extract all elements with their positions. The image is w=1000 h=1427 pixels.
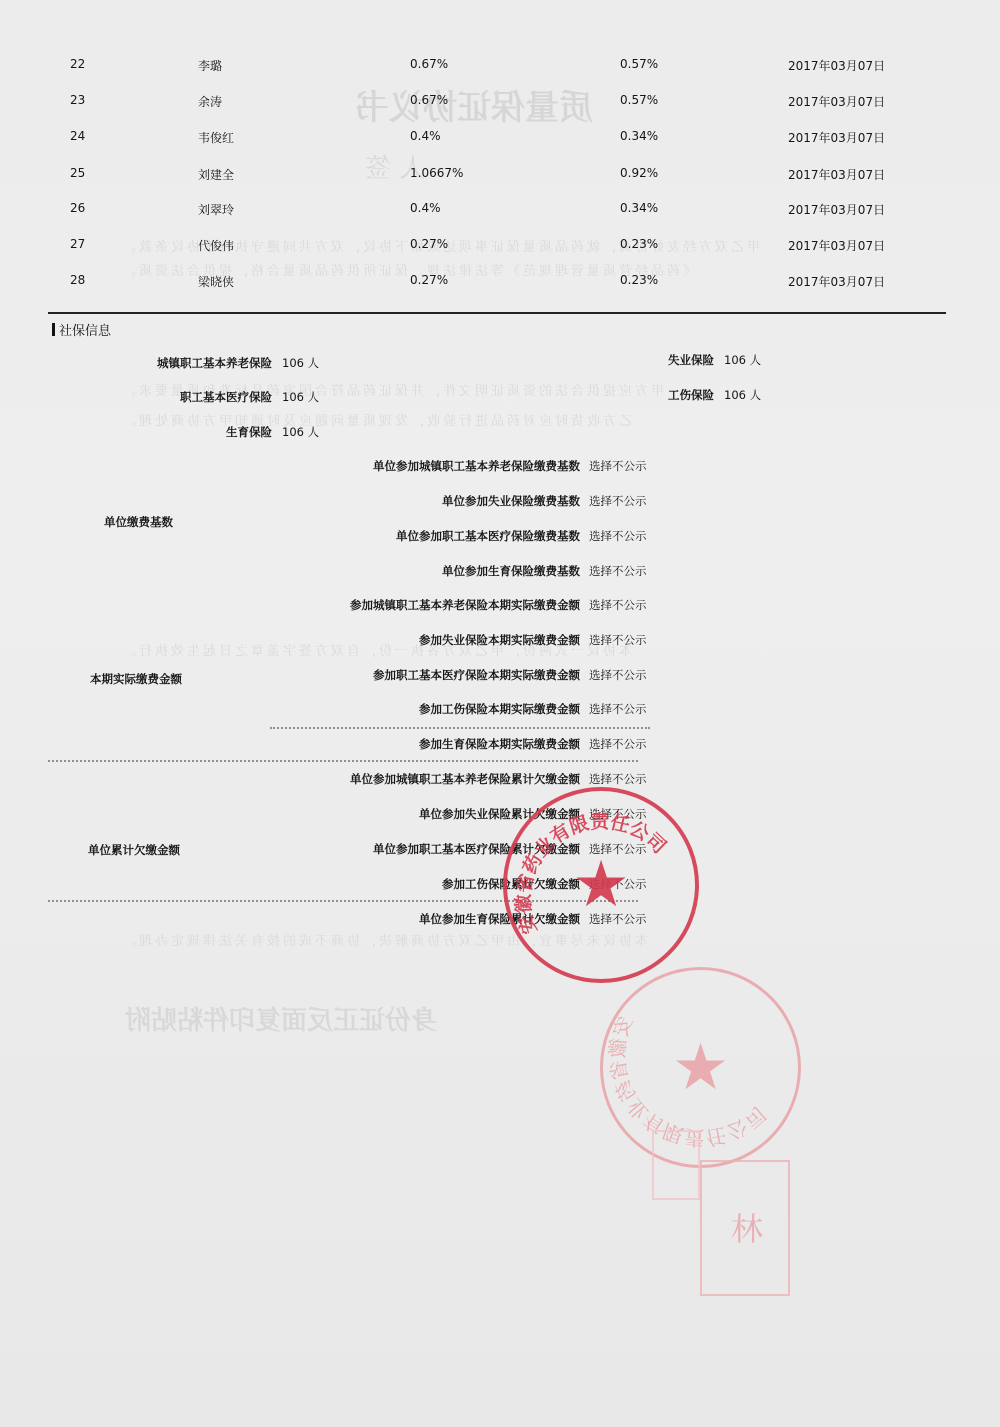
row-number: 24 — [70, 129, 85, 143]
table-row: 25刘建全1.0667%0.92%2017年03月07日 — [0, 166, 1000, 186]
item-label: 参加生育保险本期实际缴费金额 — [419, 736, 580, 752]
ratio-b: 0.92% — [620, 166, 658, 180]
ratio-b: 0.57% — [620, 57, 658, 71]
date: 2017年03月07日 — [788, 237, 885, 254]
medical-headcount-value: 106 人 — [282, 389, 319, 405]
ratio-a: 0.4% — [410, 201, 441, 215]
ratio-b: 0.34% — [620, 129, 658, 143]
ratio-b: 0.34% — [620, 201, 658, 215]
shareholder-name: 余涛 — [198, 93, 222, 110]
item-label: 参加工伤保险本期实际缴费金额 — [419, 701, 580, 717]
ratio-a: 0.27% — [410, 273, 448, 287]
row-number: 25 — [70, 166, 85, 180]
row-number: 23 — [70, 93, 85, 107]
square-seal-outline — [652, 1130, 700, 1200]
ratio-b: 0.23% — [620, 237, 658, 251]
item-label: 参加失业保险本期实际缴费金额 — [419, 632, 580, 648]
show-through-line: 身份证正反面复印件粘贴附 — [125, 1000, 437, 1037]
ratio-b: 0.57% — [620, 93, 658, 107]
maternity-headcount-label: 生育保险 — [226, 424, 272, 440]
ratio-b: 0.23% — [620, 273, 658, 287]
ratio-a: 0.27% — [410, 237, 448, 251]
seal-star-icon: ★ — [672, 1036, 729, 1100]
item-value: 选择不公示 — [589, 771, 647, 787]
group-title: 单位缴费基数 — [104, 514, 173, 530]
section-title: 社保信息 — [52, 320, 111, 339]
table-row: 24韦俊红0.4%0.34%2017年03月07日 — [0, 129, 1000, 149]
document-page: 质量保证协议书 人 签 身份证正反面复印件粘贴附 甲乙双方经友好协商，就药品质量… — [0, 0, 1000, 1427]
item-value: 选择不公示 — [589, 701, 647, 717]
seal-star-icon: ★ — [572, 853, 629, 917]
row-number: 22 — [70, 57, 85, 71]
ratio-a: 0.67% — [410, 57, 448, 71]
table-row: 22李璐0.67%0.57%2017年03月07日 — [0, 57, 1000, 77]
unemployment-headcount-value: 106 人 — [724, 352, 761, 368]
personal-seal: 林 — [700, 1160, 790, 1296]
medical-headcount-label: 职工基本医疗保险 — [180, 389, 272, 405]
date: 2017年03月07日 — [788, 273, 885, 290]
table-row: 28梁晓侠0.27%0.23%2017年03月07日 — [0, 273, 1000, 293]
injury-headcount-label: 工伤保险 — [668, 387, 714, 403]
item-value: 选择不公示 — [589, 563, 647, 579]
item-value: 选择不公示 — [589, 736, 647, 752]
shareholder-name: 梁晓侠 — [198, 273, 234, 290]
scan-artifact-line — [48, 760, 638, 762]
pension-headcount-value: 106 人 — [282, 355, 319, 371]
section-marker — [52, 323, 55, 336]
personal-seal-text: 林 — [722, 1212, 768, 1244]
date: 2017年03月07日 — [788, 166, 885, 183]
shareholder-name: 刘翠玲 — [198, 201, 234, 218]
item-label: 单位参加城镇职工基本养老保险缴费基数 — [373, 458, 580, 474]
item-value: 选择不公示 — [589, 493, 647, 509]
shareholder-name: 刘建全 — [198, 166, 234, 183]
company-seal-faint: 安徽省药业有限责任公司 ★ — [600, 967, 801, 1168]
scan-artifact-line — [270, 727, 650, 729]
item-label: 参加城镇职工基本养老保险本期实际缴费金额 — [350, 597, 580, 613]
pension-headcount-label: 城镇职工基本养老保险 — [157, 355, 272, 371]
ratio-a: 0.4% — [410, 129, 441, 143]
injury-headcount-value: 106 人 — [724, 387, 761, 403]
item-label: 单位参加失业保险缴费基数 — [442, 493, 580, 509]
company-seal: 安徽省药业有限责任公司 ★ — [503, 787, 699, 983]
unemployment-headcount-label: 失业保险 — [668, 352, 714, 368]
section-title-text: 社保信息 — [59, 320, 111, 339]
item-label: 参加职工基本医疗保险本期实际缴费金额 — [373, 667, 580, 683]
show-through-text: 乙方收货时应对药品进行验收，发现质量问题应及时通知甲方协商处理。 — [120, 410, 632, 429]
item-value: 选择不公示 — [589, 667, 647, 683]
date: 2017年03月07日 — [788, 201, 885, 218]
date: 2017年03月07日 — [788, 57, 885, 74]
table-row: 23余涛0.67%0.57%2017年03月07日 — [0, 93, 1000, 113]
section-divider — [48, 312, 946, 314]
row-number: 26 — [70, 201, 85, 215]
item-value: 选择不公示 — [589, 632, 647, 648]
ratio-a: 1.0667% — [410, 166, 463, 180]
row-number: 28 — [70, 273, 85, 287]
item-value: 选择不公示 — [589, 458, 647, 474]
item-value: 选择不公示 — [589, 528, 647, 544]
date: 2017年03月07日 — [788, 93, 885, 110]
table-row: 27代俊伟0.27%0.23%2017年03月07日 — [0, 237, 1000, 257]
item-label: 单位参加生育保险缴费基数 — [442, 563, 580, 579]
shareholder-name: 李璐 — [198, 57, 222, 74]
item-value: 选择不公示 — [589, 597, 647, 613]
item-label: 单位参加城镇职工基本养老保险累计欠缴金额 — [350, 771, 580, 787]
table-row: 26刘翠玲0.4%0.34%2017年03月07日 — [0, 201, 1000, 221]
group-title: 单位累计欠缴金额 — [88, 842, 180, 858]
ratio-a: 0.67% — [410, 93, 448, 107]
group-title: 本期实际缴费金额 — [90, 671, 182, 687]
shareholder-name: 代俊伟 — [198, 237, 234, 254]
row-number: 27 — [70, 237, 85, 251]
shareholder-name: 韦俊红 — [198, 129, 234, 146]
maternity-headcount-value: 106 人 — [282, 424, 319, 440]
item-label: 单位参加职工基本医疗保险缴费基数 — [396, 528, 580, 544]
date: 2017年03月07日 — [788, 129, 885, 146]
